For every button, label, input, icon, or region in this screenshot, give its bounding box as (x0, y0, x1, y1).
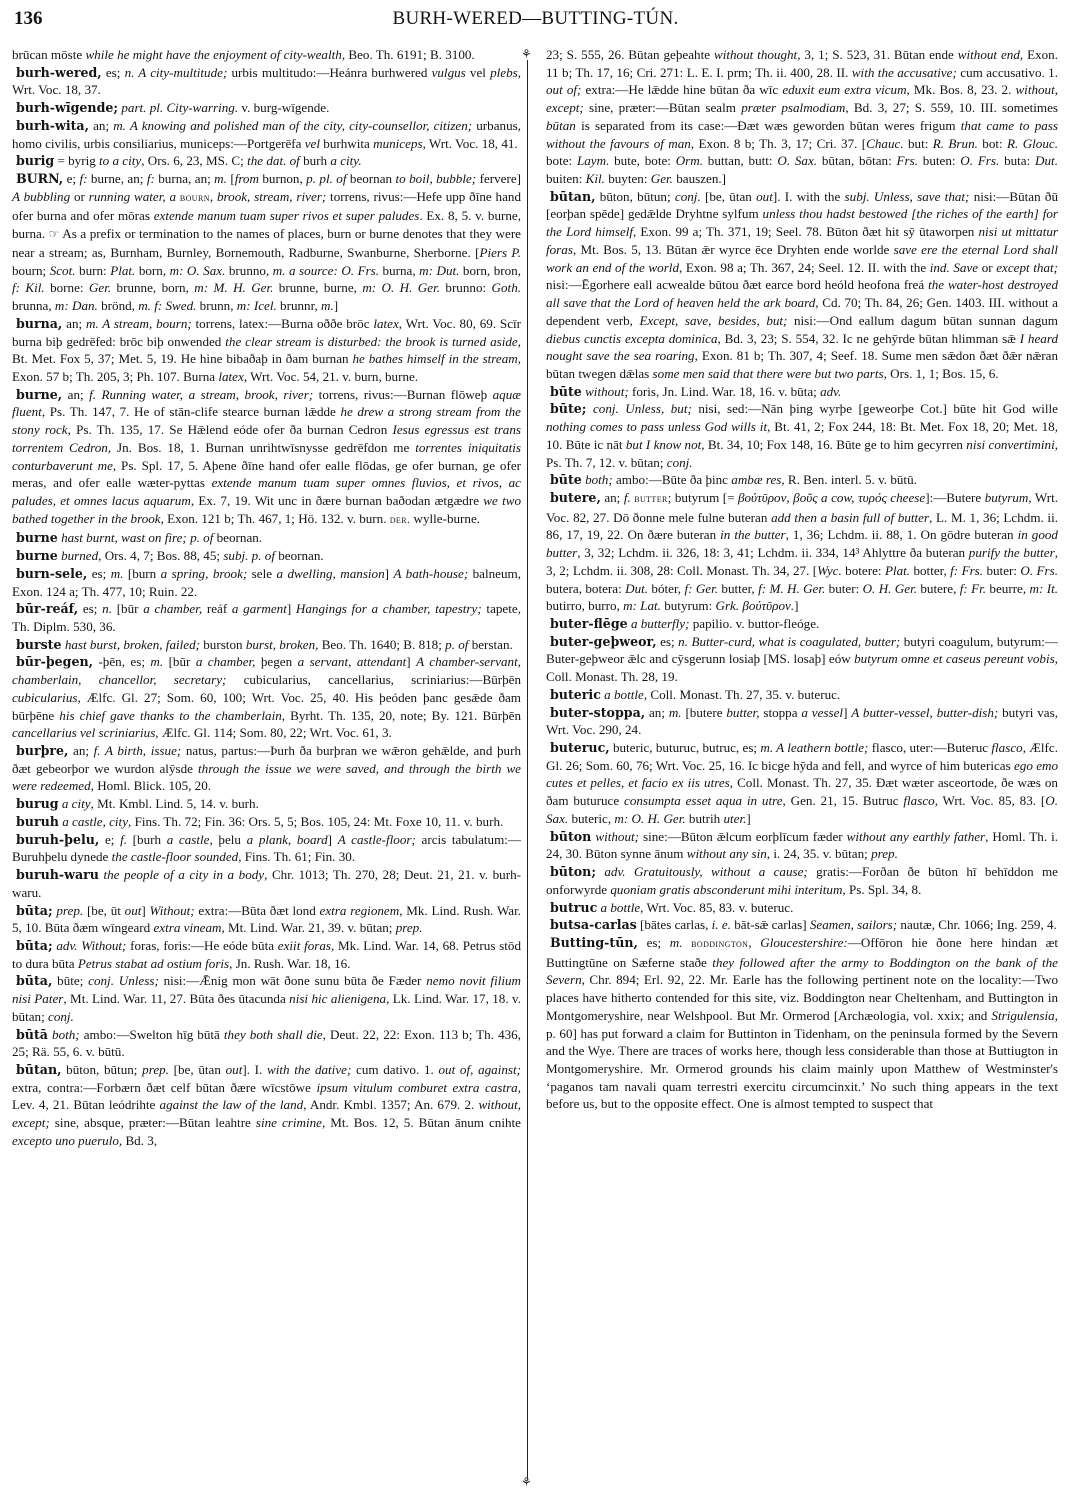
text: buteric, buturuc, butruc, es; (610, 740, 761, 755)
text: an; (601, 490, 624, 505)
text: būton, būtun; (61, 1062, 142, 1077)
text: an; (68, 743, 93, 758)
text: es; (102, 65, 125, 80)
italic-text: out (125, 903, 142, 918)
page-header: 136 BURH-WERED—BUTTING-TÚN. (10, 8, 1061, 34)
text: , Mt. Lind. War. 21, 39. v. būtan; (221, 920, 395, 935)
italic-text: Chauc. (866, 136, 903, 151)
italic-text: out of, against; (438, 1062, 521, 1077)
italic-text: p. pl. of (306, 171, 346, 186)
headword: burh-wered, (16, 65, 102, 80)
italic-text: m: M. H. Ger. (194, 280, 273, 295)
italic-text: in the butter (720, 527, 785, 542)
italic-text: præter psalmodiam (741, 100, 845, 115)
text (683, 935, 692, 950)
text: bot: (978, 136, 1007, 151)
italic-text: m. (670, 935, 683, 950)
italic-text: f: Ger. (684, 581, 718, 596)
text: , Gen. 21, 15. Butruc (783, 793, 904, 808)
italic-text: , brook, stream, river; (210, 189, 326, 204)
text: , Ors. 1, 1; Bos. 15, 6. (884, 366, 999, 381)
text: bote: (546, 153, 577, 168)
italic-text: the castle-floor sounded (112, 849, 239, 864)
italic-text: m: O. H. Ger. (362, 280, 440, 295)
italic-text: i. e. (712, 917, 731, 932)
text: brunna, (12, 298, 55, 313)
italic-text: Seamen, sailors; (810, 917, 897, 932)
dictionary-entry: Butting-tūn, es; m. boddington, Gloucest… (546, 934, 1058, 1113)
text: stoppa (759, 705, 801, 720)
italic-text: Ger. (89, 280, 111, 295)
headword: butere, (550, 490, 601, 505)
text: ambo:—Swelton hīg būtā (80, 1027, 224, 1042)
text: , Chr. 894; Erl. 92, 22. Mr. Earle has t… (546, 972, 1058, 1022)
text: , i. 24, 35. v. būtan; (767, 846, 871, 861)
text: is separated from its case:—Ðæt wæs gewo… (576, 118, 961, 133)
text: , Andr. Kmbl. 1357; An. 679. 2. (303, 1097, 478, 1112)
text: burna, (379, 263, 419, 278)
italic-text: consumpta esset aqua in utre (624, 793, 783, 808)
headword: buruh-waru (16, 867, 99, 882)
headword: BURN, (16, 171, 63, 186)
text: botere: (842, 563, 885, 578)
text: ] (328, 832, 338, 847)
italic-text: a chamber, (196, 654, 256, 669)
italic-text: m: Icel. (237, 298, 277, 313)
text: buter: (983, 563, 1020, 578)
italic-text: m: Lat. (623, 598, 661, 613)
dictionary-entry: burne hast burnt, wast on fire; p. of be… (12, 529, 521, 547)
text: brunne, burne, (273, 280, 362, 295)
small-caps-text: butter (634, 493, 668, 505)
text: [be, ūt (83, 903, 124, 918)
italic-text: without any sin (687, 846, 767, 861)
headword: buter-geþweor, (550, 634, 657, 649)
italic-text: adv. Without; (56, 938, 126, 953)
italic-text: diebus cunctis excepta dominica (546, 331, 718, 346)
text: bóter, (648, 581, 684, 596)
text: bute, bote: (609, 153, 675, 168)
italic-text: sine crimine (256, 1115, 322, 1130)
text: , Bt. 34, 10; Fox 148, 16. Būte ge to hi… (701, 437, 966, 452)
text: [bātes carlas, (637, 917, 712, 932)
dictionary-entry: būton; adv. Gratuitously, without a caus… (546, 863, 1058, 898)
text: , 3, 1; S. 523, 31. Būtan ende (797, 47, 958, 62)
text: torrens, latex:—Burna oððe brōc (192, 316, 374, 331)
text: ] (287, 601, 296, 616)
text: ]. I. (242, 1062, 267, 1077)
headword: buteric (550, 687, 601, 702)
dictionary-entry: buter-flēge a butterfly; papilio. v. but… (546, 615, 1058, 633)
text: ] (746, 811, 750, 826)
italic-text: against the law of the land (160, 1097, 304, 1112)
italic-text: latex (218, 369, 243, 384)
dictionary-entry: burig = byrig to a city, Ors. 6, 23, MS.… (12, 152, 521, 170)
text: [būr (112, 601, 143, 616)
dictionary-entry: buruh a castle, city, Fins. Th. 72; Fin.… (12, 813, 521, 831)
text: , Ælfc. Gl. 114; Som. 80, 22; Wrt. Voc. … (155, 725, 392, 740)
text: butere, (917, 581, 960, 596)
italic-text: f. (624, 490, 631, 505)
italic-text: Laym. (577, 153, 609, 168)
dictionary-entry: būtan, būton, būtun; conj. [be, ūtan out… (546, 188, 1058, 383)
text: ] (794, 598, 798, 613)
text: , Wrt. Voc. 85, 83. v. buteruc. (640, 900, 793, 915)
headword: burne, (16, 387, 62, 402)
text: , Exon. 99 a; Th. 371, 19; Seel. 78. Būt… (633, 224, 978, 239)
italic-text: a butterfly; (631, 616, 690, 631)
italic-text: nisi hic alienigena (289, 991, 386, 1006)
dictionary-entry: burna, an; m. A stream, bourn; torrens, … (12, 315, 521, 386)
dictionary-entry: butruc a bottle, Wrt. Voc. 85, 83. v. bu… (546, 899, 1058, 917)
text: butyrum: (661, 598, 716, 613)
headword: buruh (16, 814, 59, 829)
italic-text: nothing comes to pass unless God wills i… (546, 419, 767, 434)
italic-text: butyrum omne et caseus pereunt vobis (854, 651, 1055, 666)
italic-text: without end (958, 47, 1020, 62)
headword: burug (16, 796, 59, 811)
italic-text: Without; (150, 903, 195, 918)
text: , Coll. Monast. Th. 27, 35. v. buteruc. (644, 687, 840, 702)
italic-text: m. (669, 705, 682, 720)
headword: buter-flēge (550, 616, 628, 631)
italic-text: butyrum (985, 490, 1029, 505)
headword: būtan, (550, 189, 595, 204)
dictionary-entry: būr-reáf, es; n. [būr a chamber, reáf a … (12, 600, 521, 635)
italic-text: A butter-vessel, butter-dish; (851, 705, 998, 720)
italic-text: Piers P. (479, 245, 521, 260)
text: , Ps. Th. 147, 7. He of stān-clife stear… (42, 404, 341, 419)
text: þegen (255, 654, 297, 669)
text: , Ors. 6, 23, MS. C; (141, 153, 247, 168)
headword: butruc (550, 900, 597, 915)
dictionary-entry: burh-wīgende; part. pl. City-warring. v.… (12, 99, 521, 117)
text: or (978, 260, 996, 275)
text: an; (62, 387, 89, 402)
text: butirro, burro, (546, 598, 623, 613)
italic-text: O. Frs. (960, 153, 999, 168)
italic-text: O. Frs. (1020, 563, 1058, 578)
text: bāt-sǣ carlas] (731, 917, 810, 932)
italic-text: latex (373, 316, 398, 331)
text: reáf (202, 601, 232, 616)
text: bourn; (12, 263, 50, 278)
small-caps-text: boddington (691, 938, 748, 950)
headword: burh-wīgende; (16, 100, 118, 115)
dictionary-entry: buruh-waru the people of a city in a bod… (12, 866, 521, 901)
italic-text: excepto uno puerulo (12, 1133, 119, 1148)
text: 23; S. 555, 26. Būtan geþeahte (546, 47, 714, 62)
column-divider (527, 60, 528, 1480)
italic-text: f: Kil. (12, 280, 45, 295)
text: burston (200, 637, 246, 652)
headword: burh-wita, (16, 118, 89, 133)
dictionary-entry: BURN, e; f: burne, an; f: burna, an; m. … (12, 170, 521, 315)
italic-text: some men said that there were but two pa… (653, 366, 884, 381)
text: urbis multitudo:—Heánra burhwered (227, 65, 431, 80)
italic-text: Gloucestershire: (760, 935, 848, 950)
text: , Beo. Th. 1640; B. 818; (315, 637, 445, 652)
italic-text: extende manum tuam super rivos et super … (154, 208, 420, 223)
headword: būte (550, 384, 582, 399)
dictionary-entry: būte; conj. Unless, but; nisi, sed:—Nān … (546, 400, 1058, 471)
text: sine:—Būton ǣlcum eorþlīcum fæder (639, 829, 847, 844)
italic-text: eduxit eum extra vicum (782, 82, 906, 97)
italic-text: m: Dan. (55, 298, 98, 313)
dictionary-entry: burne burned, Ors. 4, 7; Bos. 88, 45; su… (12, 547, 521, 565)
text: cubicularius, cancellarius, scriniarius:… (226, 672, 521, 687)
text: extra, contra:—Forbærn ðæt celf būtan ðæ… (12, 1080, 316, 1095)
left-column: brūcan mōste while he might have the enj… (12, 46, 521, 1150)
headword: butsa-carlas (550, 917, 637, 932)
dictionary-entry: būta; prep. [be, ūt out] Without; extra:… (12, 902, 521, 937)
dictionary-entry: burn-sele, es; m. [burn a spring, brook;… (12, 565, 521, 600)
italic-text: with the accusative; (852, 65, 957, 80)
italic-text: part. pl. City-warring. (121, 100, 238, 115)
text: v. burg-wīgende. (238, 100, 329, 115)
text: , Mt. Bos. 5, 13. Būtan ǣr wyrce ēce Dry… (573, 242, 894, 257)
text: ; butyrum [= (668, 490, 738, 505)
headword: būte (550, 472, 582, 487)
italic-text: prep. (142, 1062, 169, 1077)
italic-text: ind. Save (930, 260, 978, 275)
dictionary-entry: burh-wered, es; n. A city-multitude; urb… (12, 64, 521, 99)
text: ambo:—Būte ða þinc (613, 472, 732, 487)
text: buiten: (546, 171, 586, 186)
italic-text: except that; (996, 260, 1058, 275)
italic-text: R. Brun. (933, 136, 978, 151)
text: brunn, (196, 298, 236, 313)
text: es; (657, 634, 679, 649)
text: , Ex. 7, 19. Wit unc in ðære burnan baðo… (191, 493, 483, 508)
italic-text: m: Dut. (419, 263, 459, 278)
italic-text: extra regionem (320, 903, 400, 918)
text: buter: (825, 581, 862, 596)
text: [butere (682, 705, 727, 720)
italic-text: hast burst, broken, failed; (65, 637, 200, 652)
italic-text: conj. (667, 455, 693, 470)
italic-text: f: Fr. (960, 581, 986, 596)
text: nisi:—Ēgorhere eall acwealde būtou ðæt e… (546, 277, 928, 292)
text: born, bron, (459, 263, 521, 278)
italic-text: f. A birth, issue; (94, 743, 182, 758)
text: brunne, born, (111, 280, 194, 295)
dictionary-entry: būton without; sine:—Būton ǣlcum eorþlīc… (546, 828, 1058, 863)
text: beornan (346, 171, 395, 186)
text: brunno: (440, 280, 492, 295)
italic-text: Petrus stabat ad ostium foris (78, 956, 229, 971)
dictionary-entry: būte both; ambo:—Būte ða þinc ambæ res, … (546, 471, 1058, 489)
text: [ (227, 171, 235, 186)
text: burne, an; (87, 171, 146, 186)
text: but: (904, 136, 933, 151)
italic-text: hast burnt, wast on fire; p. of (61, 530, 213, 545)
italic-text: nisi convertimini (966, 437, 1054, 452)
text: extra:—Būta ðæt lond (195, 903, 320, 918)
text: born, (135, 263, 169, 278)
text: būte; (52, 973, 88, 988)
italic-text: flasco (991, 740, 1022, 755)
dictionary-entry: buteric a bottle, Coll. Monast. Th. 27, … (546, 686, 1058, 704)
entry-continuation: 23; S. 555, 26. Būtan geþeahte without t… (546, 46, 1058, 188)
italic-text: he bathes himself in the stream (353, 351, 518, 366)
divider-ornament-bottom-icon: ⚘ (521, 1476, 532, 1488)
text: , 1, 36; Lchdm. ii. 88, 1. On gōdre bute… (786, 527, 1018, 542)
headword: būte; (550, 401, 586, 416)
headword: burne (16, 530, 58, 545)
text: buttan, butt: (703, 153, 777, 168)
italic-text: n. (102, 601, 112, 616)
dictionary-entry: burh-wita, an; m. A knowing and polished… (12, 117, 521, 152)
italic-text: a castle, city (62, 814, 128, 829)
text: ] (141, 903, 149, 918)
italic-text: m. (321, 298, 334, 313)
italic-text: to boil, bubble; (396, 171, 477, 186)
italic-text: they both shall die (224, 1027, 323, 1042)
text: beurre, (986, 581, 1029, 596)
italic-text: from (235, 171, 259, 186)
text: beornan. (275, 548, 324, 563)
italic-text: Orm. (676, 153, 703, 168)
italic-text: a spring, brook; (161, 566, 248, 581)
text: papilio. v. buttor-fleóge. (689, 616, 819, 631)
text: , Exon. 8 b; Th. 3, 17; Cri. 37. [ (691, 136, 866, 151)
text: es; (87, 566, 110, 581)
headword: būton (550, 829, 591, 844)
italic-text: a bottle (604, 687, 644, 702)
text: es; (638, 935, 670, 950)
italic-text: plebs (490, 65, 518, 80)
text: , Jn. Rush. War. 18, 16. (229, 956, 350, 971)
italic-text: vulgus (432, 65, 466, 80)
italic-text: vel (305, 136, 320, 151)
italic-text: but I know not (626, 437, 701, 452)
italic-text: Strigulensia (991, 1008, 1054, 1023)
italic-text: without any earthly father (847, 829, 986, 844)
italic-text: to a city (99, 153, 141, 168)
text: buten: (918, 153, 960, 168)
dictionary-entry: būte without; foris, Jn. Lind. War. 18, … (546, 383, 1058, 401)
text: , Mt. Lind. War. 11, 27. Būta ðes ūtacun… (63, 991, 289, 1006)
italic-text: Except, save, besides, but; (639, 313, 787, 328)
dictionary-entry: burste hast burst, broken, failed; burst… (12, 636, 521, 654)
italic-text: running water, a (89, 189, 180, 204)
headword: burna, (16, 316, 62, 331)
text: an; (645, 705, 669, 720)
italic-text: Dut. (625, 581, 648, 596)
italic-text: a chamber, (143, 601, 202, 616)
italic-text: a bottle (601, 900, 641, 915)
text: ] (334, 298, 338, 313)
text: , Homl. Blick. 105, 20. (91, 778, 211, 793)
italic-text: a castle, (167, 832, 213, 847)
text: , p. 60] has put forward a claim for But… (546, 1008, 1058, 1112)
text: burnon, (259, 171, 306, 186)
italic-text: burst, broken (246, 637, 315, 652)
text: nisi:—Ond eallum dagum būtan sunnan dagu… (787, 313, 1058, 328)
italic-text: f. Running water, a stream, brook, river… (89, 387, 313, 402)
text: buteric, (568, 811, 614, 826)
text: brunnr, (277, 298, 321, 313)
italic-text: m. (150, 654, 163, 669)
dictionary-entry: butsa-carlas [bātes carlas, i. e. bāt-sǣ… (546, 916, 1058, 934)
italic-text: Hangings for a chamber, tapestry; (296, 601, 482, 616)
text: būton, būtun; (595, 189, 674, 204)
text: [burn (123, 566, 160, 581)
text: sine, absque, præter:—Būtan leahtre (50, 1115, 256, 1130)
italic-text: f: (147, 171, 155, 186)
italic-text: Scot. (50, 263, 76, 278)
text: , Ps. Th. 135, 17. Se Hǣlend eóde ofer ð… (68, 422, 393, 437)
text: [būr (163, 654, 196, 669)
italic-text: conj. (675, 189, 701, 204)
text: burh (300, 153, 331, 168)
italic-text: βούτῡρον, βοῦς a cow, τυρός cheese (738, 490, 925, 505)
italic-text: O. Sax. (777, 153, 817, 168)
text: flasco, uter:—Buteruc (868, 740, 991, 755)
text: butter, (718, 581, 758, 596)
text: sine, præter:—Būtan sealm (584, 100, 741, 115)
text: -þēn, es; (93, 654, 150, 669)
text: ]:—Butere (925, 490, 985, 505)
text: , Fins. Th. 61; Fin. 30. (238, 849, 355, 864)
right-column: 23; S. 555, 26. Būtan geþeahte without t… (546, 46, 1058, 1113)
text: e; (63, 171, 79, 186)
text: e; (99, 832, 120, 847)
italic-text: f: Frs. (950, 563, 983, 578)
text: , Bd. 3, (119, 1133, 157, 1148)
italic-text: subj. p. of (223, 548, 275, 563)
italic-text: extra vineam (153, 920, 221, 935)
text: cum accusativo. 1. (957, 65, 1058, 80)
italic-text: m: O. H. Ger. (614, 811, 685, 826)
italic-text: m. A stream, bourn; (86, 316, 192, 331)
text: brunno, (225, 263, 272, 278)
entry-continuation: brūcan mōste while he might have the enj… (12, 46, 521, 64)
text: buta: (999, 153, 1035, 168)
text: butrih (686, 811, 724, 826)
text: sele (247, 566, 276, 581)
italic-text: O. H. Ger. (863, 581, 917, 596)
text: es; (78, 601, 102, 616)
small-caps-text: der. (390, 514, 410, 526)
italic-text: subj. Unless, save that; (845, 189, 970, 204)
italic-text: while he might have the enjoyment of cit… (85, 47, 341, 62)
text: brūcan mōste (12, 47, 85, 62)
text: , Beo. Th. 6191; B. 3100. (342, 47, 475, 62)
italic-text: adv. (820, 384, 841, 399)
italic-text: m. (214, 171, 227, 186)
italic-text: cubicularius (12, 690, 77, 705)
headword: burig (16, 153, 54, 168)
italic-text: out (226, 1062, 243, 1077)
headword: buteruc, (550, 740, 610, 755)
headword: burste (16, 637, 62, 652)
text: , Mk. Bos. 8, 23. 2. (907, 82, 1016, 97)
italic-text: without; (585, 384, 629, 399)
italic-text: Plat. (885, 563, 910, 578)
italic-text: Dut. (1035, 153, 1058, 168)
italic-text: municeps (373, 136, 422, 151)
text: burn: (76, 263, 111, 278)
italic-text: prep. (396, 920, 423, 935)
italic-text: A bath-house; (393, 566, 468, 581)
headword: būtan, (16, 1062, 61, 1077)
dictionary-entry: būtan, būton, būtun; prep. [be, ūtan out… (12, 1061, 521, 1150)
italic-text: m. a source: O. Frs. (273, 263, 379, 278)
text: foras, foris:—He eóde būta (126, 938, 277, 953)
italic-text: add then a basin full of butter (771, 510, 929, 525)
